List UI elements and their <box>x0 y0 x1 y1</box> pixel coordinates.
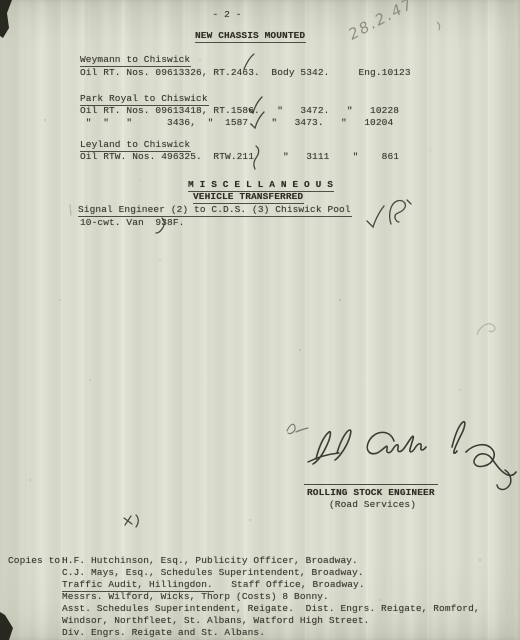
scribble-dot <box>407 200 411 204</box>
section-title-new-chassis-text: NEW CHASSIS MOUNTED <box>195 30 306 43</box>
row-leyland: Oil RTW. Nos. 496325. RTW.211 " 3111 " 8… <box>80 151 399 162</box>
initial-scribble-transfer <box>390 201 406 224</box>
scan-corner-top-left-mark <box>0 0 12 38</box>
section-subtitle-vehicle-transferred: VEHICLE TRANSFERRED <box>193 191 304 204</box>
row-park-royal-2: " " " 3436, " 1587. " 3473. " 10204 <box>80 117 393 128</box>
row-park-royal-1: Oil RT. Nos. 09613418, RT.1586. " 3472. … <box>80 105 399 116</box>
copies-line-4: Messrs. Wilford, Wicks, Thorp (Costs) 8 … <box>62 591 329 602</box>
checkmark-transfer <box>367 206 384 227</box>
page-number: - 2 - <box>203 9 251 20</box>
section-title-new-chassis: NEW CHASSIS MOUNTED <box>195 30 306 43</box>
handwritten-date-group: 28.2.47 <box>345 0 416 44</box>
copies-line-2: C.J. Mays, Esq., Schedules Superintenden… <box>62 567 364 578</box>
signature-role-title: ROLLING STOCK ENGINEER <box>307 487 435 498</box>
ink-blot <box>124 515 138 527</box>
pencil-stroke-top-right <box>437 22 440 30</box>
copies-line-1: H.F. Hutchinson, Esq., Publicity Officer… <box>62 555 358 566</box>
scan-corner-bottom-left-mark <box>0 612 13 640</box>
copies-line-7: Div. Engrs. Reigate and St. Albans. <box>62 627 265 638</box>
copies-line-3-rest: Staff Office, Broadway. <box>214 579 365 590</box>
pencil-tick-left <box>70 205 71 215</box>
handwritten-date: 28.2.47 <box>345 0 416 44</box>
document-page: - 2 - NEW CHASSIS MOUNTED Weymann to Chi… <box>0 0 520 640</box>
row-vehicle: 10-cwt. Van 938F. <box>80 217 184 228</box>
copies-line-5: Asst. Schedules Superintendent, Reigate.… <box>62 603 480 614</box>
pencil-squiggle-margin <box>477 324 495 334</box>
signature-script <box>287 422 516 490</box>
copies-line-6: Windsor, Northfleet, St. Albans, Watford… <box>62 615 369 626</box>
signature-small-scribble <box>287 424 308 433</box>
signature-rule <box>304 484 438 485</box>
copies-label: Copies to: <box>8 555 66 566</box>
scan-annotations-overlay: 28.2.47 <box>0 0 520 640</box>
signature-department: (Road Services) <box>329 499 416 510</box>
group-heading-weymann: Weymann to Chiswick <box>80 54 191 67</box>
row-weymann: Oil RT. Nos. 09613326, RT.2463. Body 534… <box>80 67 411 78</box>
row-transfer-heading: Signal Engineer (2) to C.D.S. (3) Chiswi… <box>78 204 352 217</box>
